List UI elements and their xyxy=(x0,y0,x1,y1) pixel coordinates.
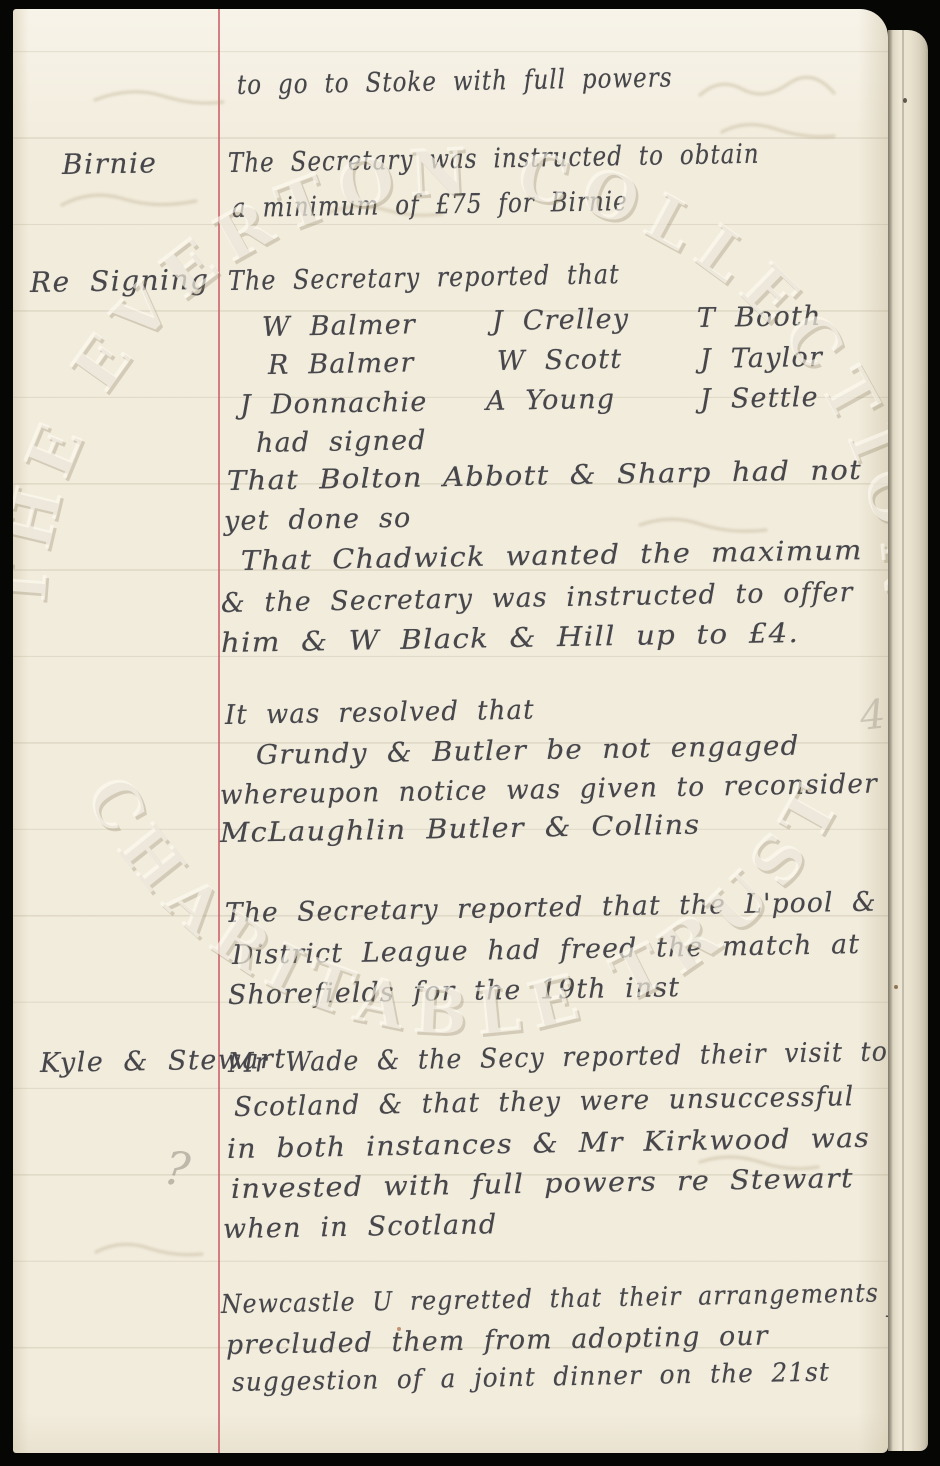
name-t-booth: T Booth xyxy=(697,301,822,334)
line-kyle-5: when in Scotland xyxy=(223,1209,498,1245)
pencil-four-mark: 4 xyxy=(858,691,888,739)
edge-speck-bottom xyxy=(894,985,898,989)
name-j-donnachie: J Donnachie xyxy=(240,387,428,421)
line-resolved: It was resolved that xyxy=(225,695,535,731)
name-j-crelley: J Crelley xyxy=(492,304,630,337)
name-w-balmer: W Balmer xyxy=(262,309,417,343)
name-r-balmer: R Balmer xyxy=(268,347,415,381)
name-j-taylor: J Taylor xyxy=(700,342,824,375)
line-had-signed: had signed xyxy=(256,425,427,459)
edge-speck-top xyxy=(903,98,907,103)
name-j-settle: J Settle xyxy=(700,382,819,415)
ink-speck xyxy=(397,1327,401,1331)
line-bolton-2: yet done so xyxy=(224,503,412,537)
red-margin-line xyxy=(218,9,220,1453)
name-a-young: A Young xyxy=(486,384,616,417)
margin-note-re-signing: Re Signing xyxy=(30,263,210,299)
book-page-edge xyxy=(888,30,928,1451)
photographed-minute-book: to go to Stoke with full powersBirnieThe… xyxy=(0,0,940,1466)
paper-page: to go to Stoke with full powersBirnieThe… xyxy=(13,9,888,1453)
page-edge-crease xyxy=(902,30,904,1451)
margin-note-birnie: Birnie xyxy=(62,146,158,181)
name-w-scott: W Scott xyxy=(497,344,623,377)
